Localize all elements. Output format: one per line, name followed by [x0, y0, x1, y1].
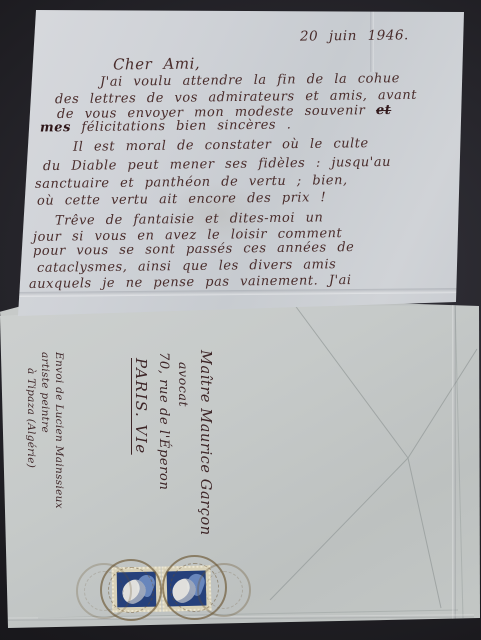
- letter-line: où cette vertu ait encore des prix !: [37, 190, 326, 209]
- sender-note-line: artiste peintre: [38, 352, 52, 564]
- envelope-sender-note: Envoi de Lucien Mainssieux artiste peint…: [24, 352, 66, 564]
- letter-line: J'ai voulu attendre la fin de la cohue: [100, 71, 400, 90]
- letter-line-text: félicitations bien sincères .: [81, 117, 291, 135]
- overwritten-word: mes: [40, 120, 71, 135]
- sender-note-line: à Tipaza (Algérie): [24, 368, 38, 564]
- envelope-address: Maître Maurice Garçon avocat 70, rue de …: [128, 350, 216, 540]
- struck-word: et: [376, 103, 391, 118]
- address-street: 70, rue de l'Éperon: [153, 352, 174, 540]
- sender-note-line: Envoi de Lucien Mainssieux: [52, 352, 66, 564]
- letter-line: du Diable peut mener ses fidèles : jusqu…: [43, 155, 391, 174]
- postmark: [197, 563, 251, 617]
- letter-line: sanctuaire et panthéon de vertu ; bien,: [35, 173, 348, 192]
- postmark: [76, 563, 132, 619]
- handwritten-letter: 20 juin 1946. Cher Ami, J'ai voulu atten…: [18, 6, 468, 320]
- letter-line: Il est moral de constater où le culte: [73, 136, 369, 155]
- address-city: PARIS. VIe: [128, 358, 153, 540]
- envelope-crease: [452, 302, 456, 620]
- letter-date: 20 juin 1946.: [300, 27, 409, 44]
- address-title: avocat: [174, 362, 193, 540]
- address-recipient: Maître Maurice Garçon: [193, 350, 216, 540]
- letter-line: mes félicitations bien sincères .: [40, 117, 291, 135]
- letter-line: pour vous se sont passés ces années de: [33, 240, 355, 259]
- photo-letter-and-envelope: Maître Maurice Garçon avocat 70, rue de …: [0, 0, 481, 640]
- letter-salutation: Cher Ami,: [113, 54, 200, 73]
